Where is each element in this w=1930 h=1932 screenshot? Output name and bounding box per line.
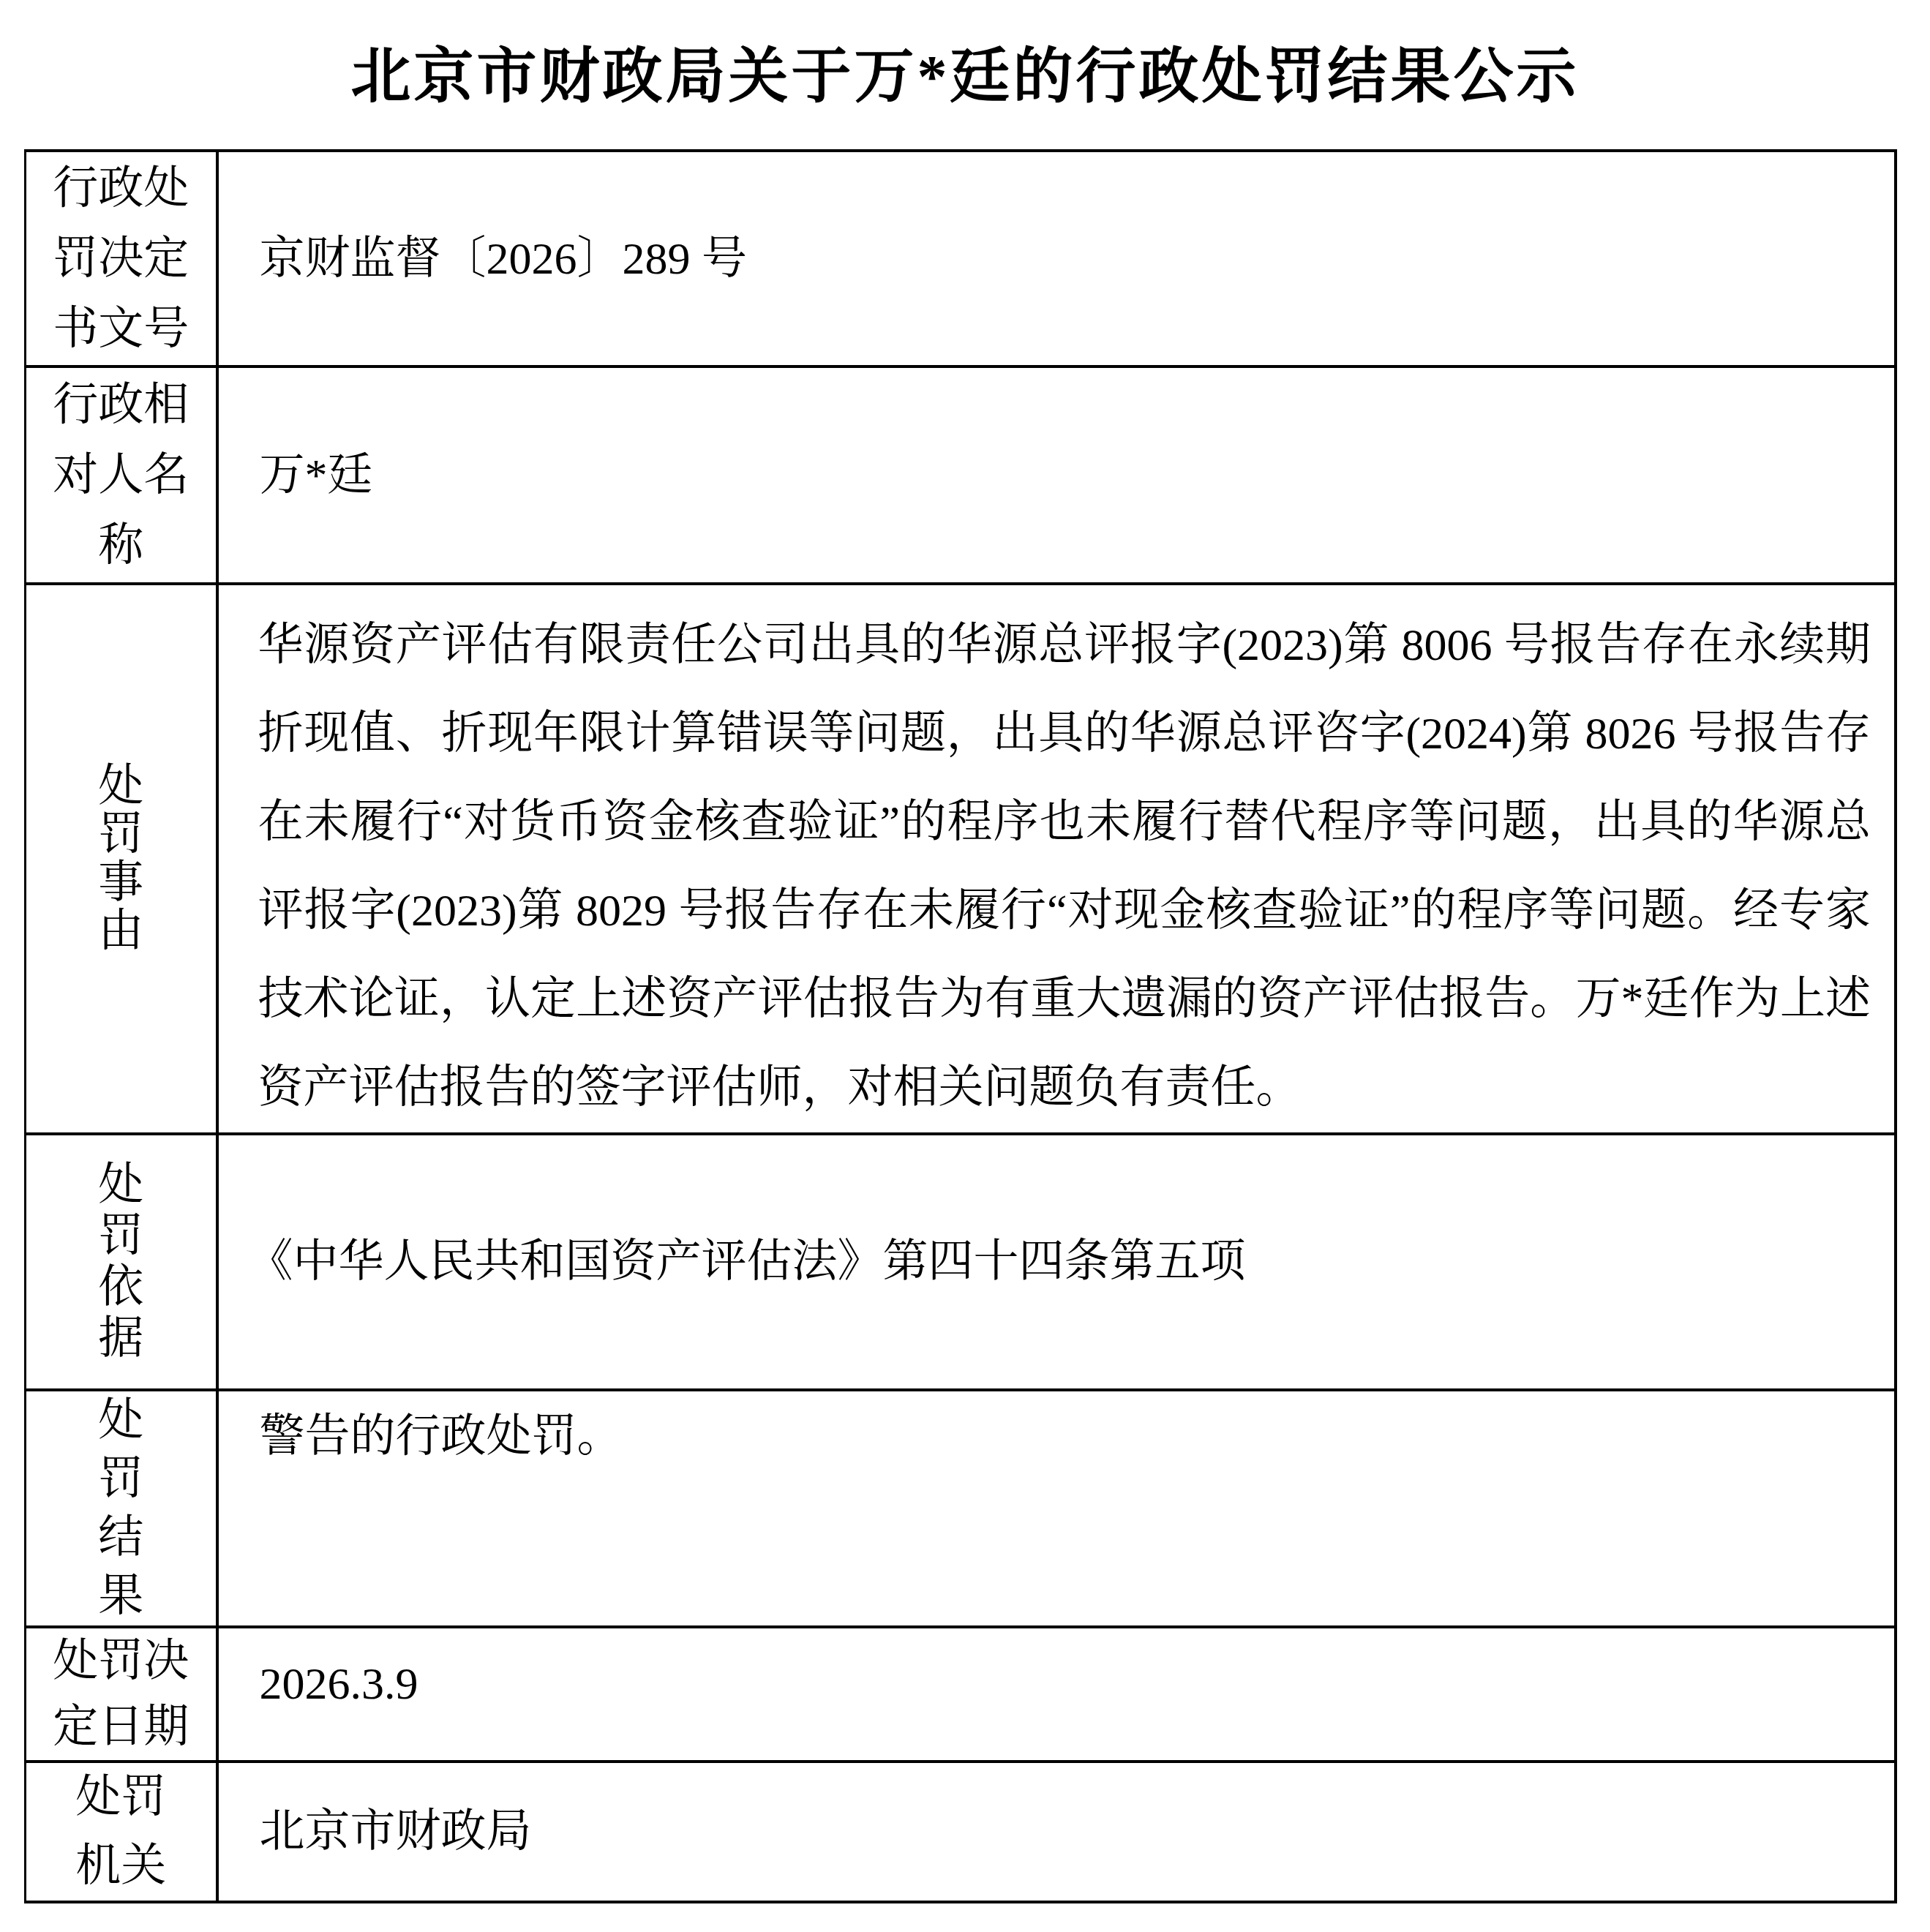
penalty-table: 行政处 罚决定 书文号 京财监督〔2026〕289 号 行政相 对人名 称 万*… <box>24 149 1897 1903</box>
party-name-label: 行政相 对人名 称 <box>26 367 217 584</box>
row-penalty-result: 处 罚 结 果 警告的行政处罚。 <box>26 1390 1896 1627</box>
decision-doc-number-label: 行政处 罚决定 书文号 <box>26 151 217 367</box>
row-decision-date: 处罚决 定日期 2026.3.9 <box>26 1627 1896 1762</box>
penalty-basis-value: 《中华人民共和国资产评估法》第四十四条第五项 <box>217 1134 1896 1390</box>
page-title: 北京市财政局关于万*廷的行政处罚结果公示 <box>29 37 1901 117</box>
penalty-result-value: 警告的行政处罚。 <box>217 1390 1896 1627</box>
decision-doc-number-value: 京财监督〔2026〕289 号 <box>217 151 1896 367</box>
row-penalty-reason: 处 罚 事 由 华源资产评估有限责任公司出具的华源总评报字(2023)第 800… <box>26 584 1896 1134</box>
row-penalty-authority: 处罚 机关 北京市财政局 <box>26 1762 1896 1902</box>
row-party-name: 行政相 对人名 称 万*廷 <box>26 367 1896 584</box>
penalty-reason-value: 华源资产评估有限责任公司出具的华源总评报字(2023)第 8006 号报告存在永… <box>217 584 1896 1134</box>
row-penalty-basis: 处 罚 依 据 《中华人民共和国资产评估法》第四十四条第五项 <box>26 1134 1896 1390</box>
decision-date-value: 2026.3.9 <box>217 1627 1896 1762</box>
penalty-authority-label: 处罚 机关 <box>26 1762 217 1902</box>
decision-date-label: 处罚决 定日期 <box>26 1627 217 1762</box>
penalty-authority-value: 北京市财政局 <box>217 1762 1896 1902</box>
party-name-value: 万*廷 <box>217 367 1896 584</box>
row-decision-doc-number: 行政处 罚决定 书文号 京财监督〔2026〕289 号 <box>26 151 1896 367</box>
penalty-result-label: 处 罚 结 果 <box>26 1390 217 1627</box>
penalty-basis-label: 处 罚 依 据 <box>26 1134 217 1390</box>
penalty-reason-label: 处 罚 事 由 <box>26 584 217 1134</box>
